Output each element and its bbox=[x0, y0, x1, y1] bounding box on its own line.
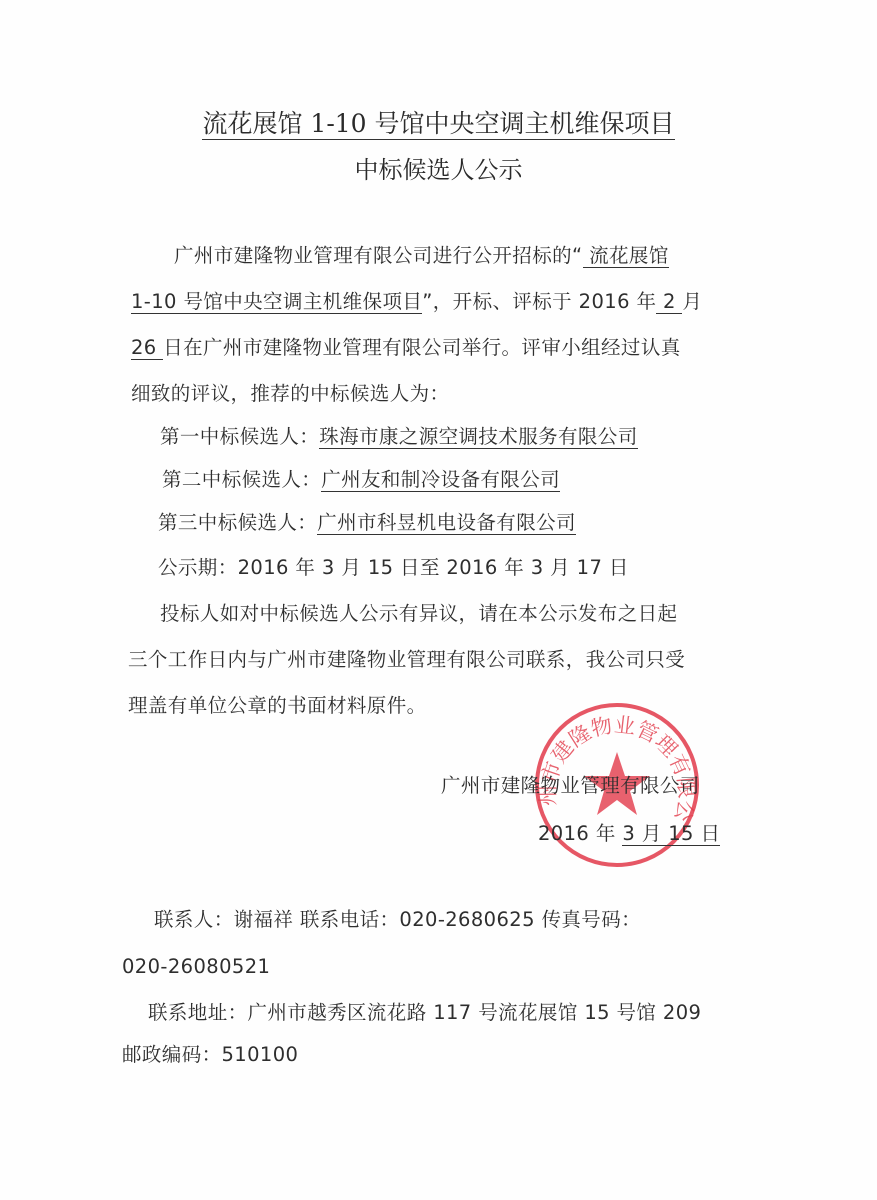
p1-text: 日在广州市建隆物业管理有限公司举行。评审小组经过认真 bbox=[163, 336, 680, 359]
p1-text: ”，开标、评标于 2016 年 bbox=[422, 290, 656, 313]
document-title: 流花展馆 1-10 号馆中央空调主机维保项目 bbox=[0, 104, 877, 140]
document-subtitle: 中标候选人公示 bbox=[0, 150, 877, 185]
candidate-name: 广州友和制冷设备有限公司 bbox=[321, 468, 560, 492]
title-text: 流花展馆 1-10 号馆中央空调主机维保项目 bbox=[202, 109, 674, 140]
candidate-name: 珠海市康之源空调技术服务有限公司 bbox=[319, 425, 637, 449]
paragraph2-line3: 理盖有单位公章的书面材料原件。 bbox=[128, 694, 427, 718]
date-month-day: 3 月 15 日 bbox=[622, 822, 720, 846]
p1-text: 广州市建隆物业管理有限公司进行公开招标的“ bbox=[174, 244, 583, 267]
project-name-part1: 流花展馆 bbox=[583, 244, 669, 268]
candidate-2: 第二中标候选人：广州友和制冷设备有限公司 bbox=[162, 468, 560, 492]
candidate-label: 第三中标候选人： bbox=[158, 511, 317, 534]
paragraph2-line2: 三个工作日内与广州市建隆物业管理有限公司联系，我公司只受 bbox=[128, 648, 685, 672]
signature-company: 广州市建隆物业管理有限公司 bbox=[441, 774, 700, 798]
document-page: 流花展馆 1-10 号馆中央空调主机维保项目 中标候选人公示 广州市建隆物业管理… bbox=[0, 0, 877, 1200]
contact-line1: 联系人：谢福祥 联系电话：020-2680625 传真号码： bbox=[154, 908, 641, 932]
candidate-1: 第一中标候选人：珠海市康之源空调技术服务有限公司 bbox=[160, 425, 638, 449]
paragraph1-line2: 1-10 号馆中央空调主机维保项目”，开标、评标于 2016 年 2 月 bbox=[131, 290, 702, 314]
bid-month: 2 bbox=[656, 290, 682, 314]
candidate-label: 第二中标候选人： bbox=[162, 468, 321, 491]
fax-number: 020-26080521 bbox=[122, 955, 270, 979]
date-year: 2016 年 bbox=[538, 822, 622, 845]
publicity-period: 公示期：2016 年 3 月 15 日至 2016 年 3 月 17 日 bbox=[158, 556, 629, 580]
candidate-label: 第一中标候选人： bbox=[160, 425, 319, 448]
paragraph1-line1: 广州市建隆物业管理有限公司进行公开招标的“ 流花展馆 bbox=[174, 244, 669, 268]
p1-text: 月 bbox=[682, 290, 702, 313]
candidate-3: 第三中标候选人：广州市科昱机电设备有限公司 bbox=[158, 511, 576, 535]
postal-code: 邮政编码：510100 bbox=[122, 1043, 298, 1067]
paragraph1-line4: 细致的评议，推荐的中标候选人为： bbox=[131, 382, 449, 406]
contact-address: 联系地址：广州市越秀区流花路 117 号流花展馆 15 号馆 209 bbox=[148, 1001, 701, 1025]
candidate-name: 广州市科昱机电设备有限公司 bbox=[317, 511, 576, 535]
project-name-part2: 1-10 号馆中央空调主机维保项目 bbox=[131, 290, 422, 314]
bid-day: 26 bbox=[131, 336, 163, 360]
paragraph2-line1: 投标人如对中标候选人公示有异议，请在本公示发布之日起 bbox=[160, 602, 677, 626]
paragraph1-line3: 26 日在广州市建隆物业管理有限公司举行。评审小组经过认真 bbox=[131, 336, 681, 360]
signature-date: 2016 年 3 月 15 日 bbox=[538, 822, 720, 846]
